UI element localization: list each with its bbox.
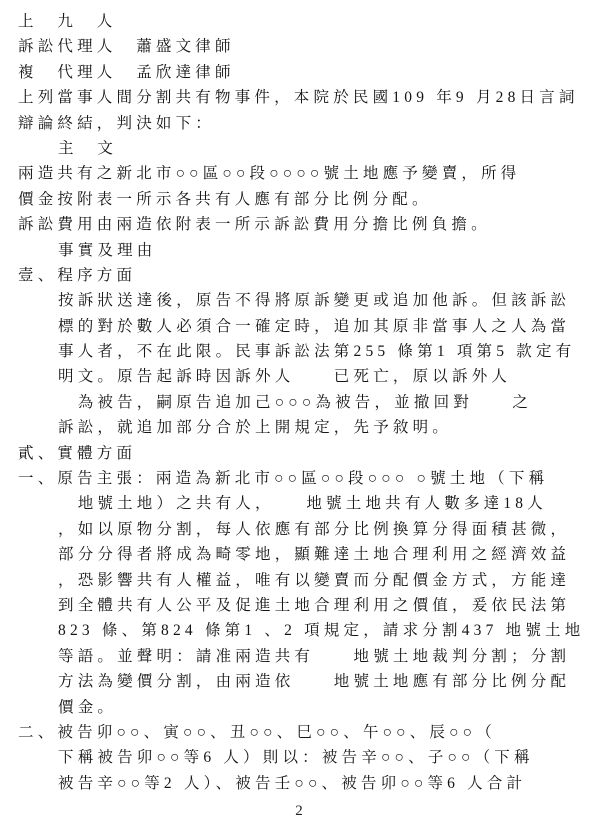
document-line: 上 九 人 (18, 9, 580, 34)
document-line: ，如以原物分割，每人依應有部分比例換算分得面積甚微， (18, 517, 580, 542)
judgment-page: 上 九 人訴訟代理人 蕭盛文律師複 代理人 孟欣達律師上列當事人間分割共有物事件… (0, 0, 594, 835)
document-line: 壹、程序方面 (18, 263, 580, 288)
page-number: 2 (18, 803, 580, 820)
document-line: 上列當事人間分割共有物事件，本院於民國109 年9 月28日言詞 (18, 85, 580, 110)
document-line: 貳、實體方面 (18, 441, 580, 466)
document-line: 地號土地）之共有人， 地號土地共有人數多達18人 (18, 491, 580, 516)
document-line: 下稱被告卯○○等6 人）則以：被告辛○○、子○○（下稱 (18, 745, 580, 770)
document-line: 明文。原告起訴時因訴外人 已死亡，原以訴外人 (18, 364, 580, 389)
document-line: ，恐影響共有人權益，唯有以變賣而分配價金方式，方能達 (18, 568, 580, 593)
document-line: 方法為變價分割，由兩造依 地號土地應有部分比例分配 (18, 669, 580, 694)
document-line: 複 代理人 孟欣達律師 (18, 60, 580, 85)
document-line: 事實及理由 (18, 238, 580, 263)
document-line: 價金按附表一所示各共有人應有部分比例分配。 (18, 187, 580, 212)
document-line: 訴訟代理人 蕭盛文律師 (18, 34, 580, 59)
document-line: 一、原告主張：兩造為新北市○○區○○段○○○ ○號土地（下稱 (18, 466, 580, 491)
document-line: 到全體共有人公平及促進土地合理利用之價值，爰依民法第 (18, 593, 580, 618)
document-line: 價金。 (18, 695, 580, 720)
document-line: 為被告，嗣原告追加己○○○為被告，並撤回對 之 (18, 390, 580, 415)
document-line: 二、被告卯○○、寅○○、丑○○、巳○○、午○○、辰○○（ (18, 720, 580, 745)
document-line: 訴訟，就追加部分合於上開規定，先予敘明。 (18, 415, 580, 440)
document-line: 標的對於數人必須合一確定時，追加其原非當事人之人為當 (18, 314, 580, 339)
document-body: 上 九 人訴訟代理人 蕭盛文律師複 代理人 孟欣達律師上列當事人間分割共有物事件… (18, 9, 580, 796)
document-line: 823 條、第824 條第1 、2 項規定，請求分割437 地號土地 (18, 618, 580, 643)
document-line: 兩造共有之新北市○○區○○段○○○○號土地應予變賣，所得 (18, 161, 580, 186)
document-line: 部分分得者將成為畸零地，顯難達土地合理利用之經濟效益 (18, 542, 580, 567)
document-line: 訴訟費用由兩造依附表一所示訴訟費用分擔比例負擔。 (18, 212, 580, 237)
document-line: 事人者，不在此限。民事訴訟法第255 條第1 項第5 款定有 (18, 339, 580, 364)
document-line: 主 文 (18, 136, 580, 161)
document-line: 按訴狀送達後，原告不得將原訴變更或追加他訴。但該訴訟 (18, 288, 580, 313)
document-line: 被告辛○○等2 人）、被告壬○○、被告卯○○等6 人合計 (18, 771, 580, 796)
document-line: 辯論終結，判決如下： (18, 111, 580, 136)
document-line: 等語。並聲明：請准兩造共有 地號土地裁判分割；分割 (18, 644, 580, 669)
